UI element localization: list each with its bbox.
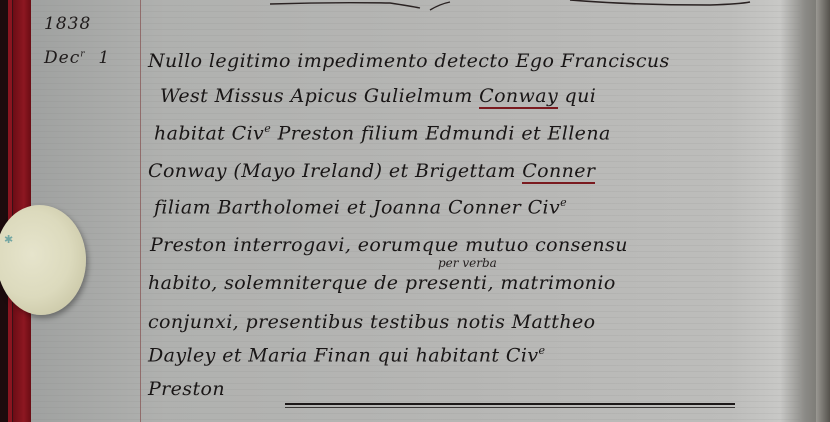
margin-date: Decr 1: [44, 48, 110, 68]
entry-text: Preston interrogavi, eorumque mutuo cons…: [150, 234, 628, 256]
margin-year: 1838: [44, 14, 91, 34]
entry-line-1: Nullo legitimo impedimento detecto Ego F…: [148, 50, 670, 72]
rule-line: [285, 403, 735, 405]
entry-text: Conway (Mayo Ireland) et Brigettam: [148, 160, 522, 182]
groom-surname-underlined: Conway: [479, 85, 558, 109]
entry-text: Preston filium Edmundi et Ellena: [271, 122, 611, 144]
previous-entry-flourish: [270, 0, 830, 14]
interlinear-insertion: per verba: [438, 256, 497, 270]
entry-line-5: filiam Bartholomei et Joanna Conner Cive: [154, 196, 567, 218]
entry-line-6: Preston interrogavi, eorumque mutuo cons…: [150, 234, 628, 256]
entry-text: qui: [558, 85, 596, 107]
binding-edge: [0, 0, 8, 422]
entry-text: Dayley et Maria Finan qui habitant Civ: [148, 344, 538, 366]
entry-line-4: Conway (Mayo Ireland) et Brigettam Conne…: [148, 160, 595, 182]
entry-text: habitat Civ: [154, 122, 264, 144]
entry-text: West Missus Apicus Gulielmum: [160, 85, 479, 107]
seal-mark-icon: ✱: [4, 233, 13, 246]
margin-date-month: Dec: [44, 48, 80, 68]
entry-line-7: habito, solemniterque de presenti, matri…: [148, 272, 616, 294]
entry-line-3: habitat Cive Preston filium Edmundi et E…: [154, 122, 611, 144]
register-page: ✱ 1838 Decr 1 Nullo legitimo impedimento…: [0, 0, 830, 422]
entry-line-8: conjunxi, presentibus testibus notis Mat…: [148, 311, 595, 333]
entry-line-10: Preston: [148, 378, 225, 400]
entry-end-rule: [285, 403, 735, 407]
entry-line-9: Dayley et Maria Finan qui habitant Cive: [148, 344, 545, 366]
entry-text: Preston: [148, 378, 225, 400]
entry-line-2: West Missus Apicus Gulielmum Conway qui: [160, 85, 596, 107]
entry-text: habito, solemniterque de presenti, matri…: [148, 272, 616, 294]
entry-text: Nullo legitimo impedimento detecto Ego F…: [148, 50, 670, 72]
margin-rule: [140, 0, 141, 422]
entry-text: conjunxi, presentibus testibus notis Mat…: [148, 311, 595, 333]
abbrev-sup: e: [560, 196, 567, 209]
entry-text: filiam Bartholomei et Joanna Conner Civ: [154, 196, 560, 218]
abbrev-sup: e: [538, 344, 545, 357]
wax-seal-blob: ✱: [0, 205, 86, 315]
margin-date-sup: r: [80, 49, 85, 59]
margin-date-day: 1: [98, 48, 110, 68]
rule-line: [285, 407, 735, 408]
page-edge-shadow: [816, 0, 830, 422]
bride-surname-underlined: Conner: [522, 160, 595, 184]
